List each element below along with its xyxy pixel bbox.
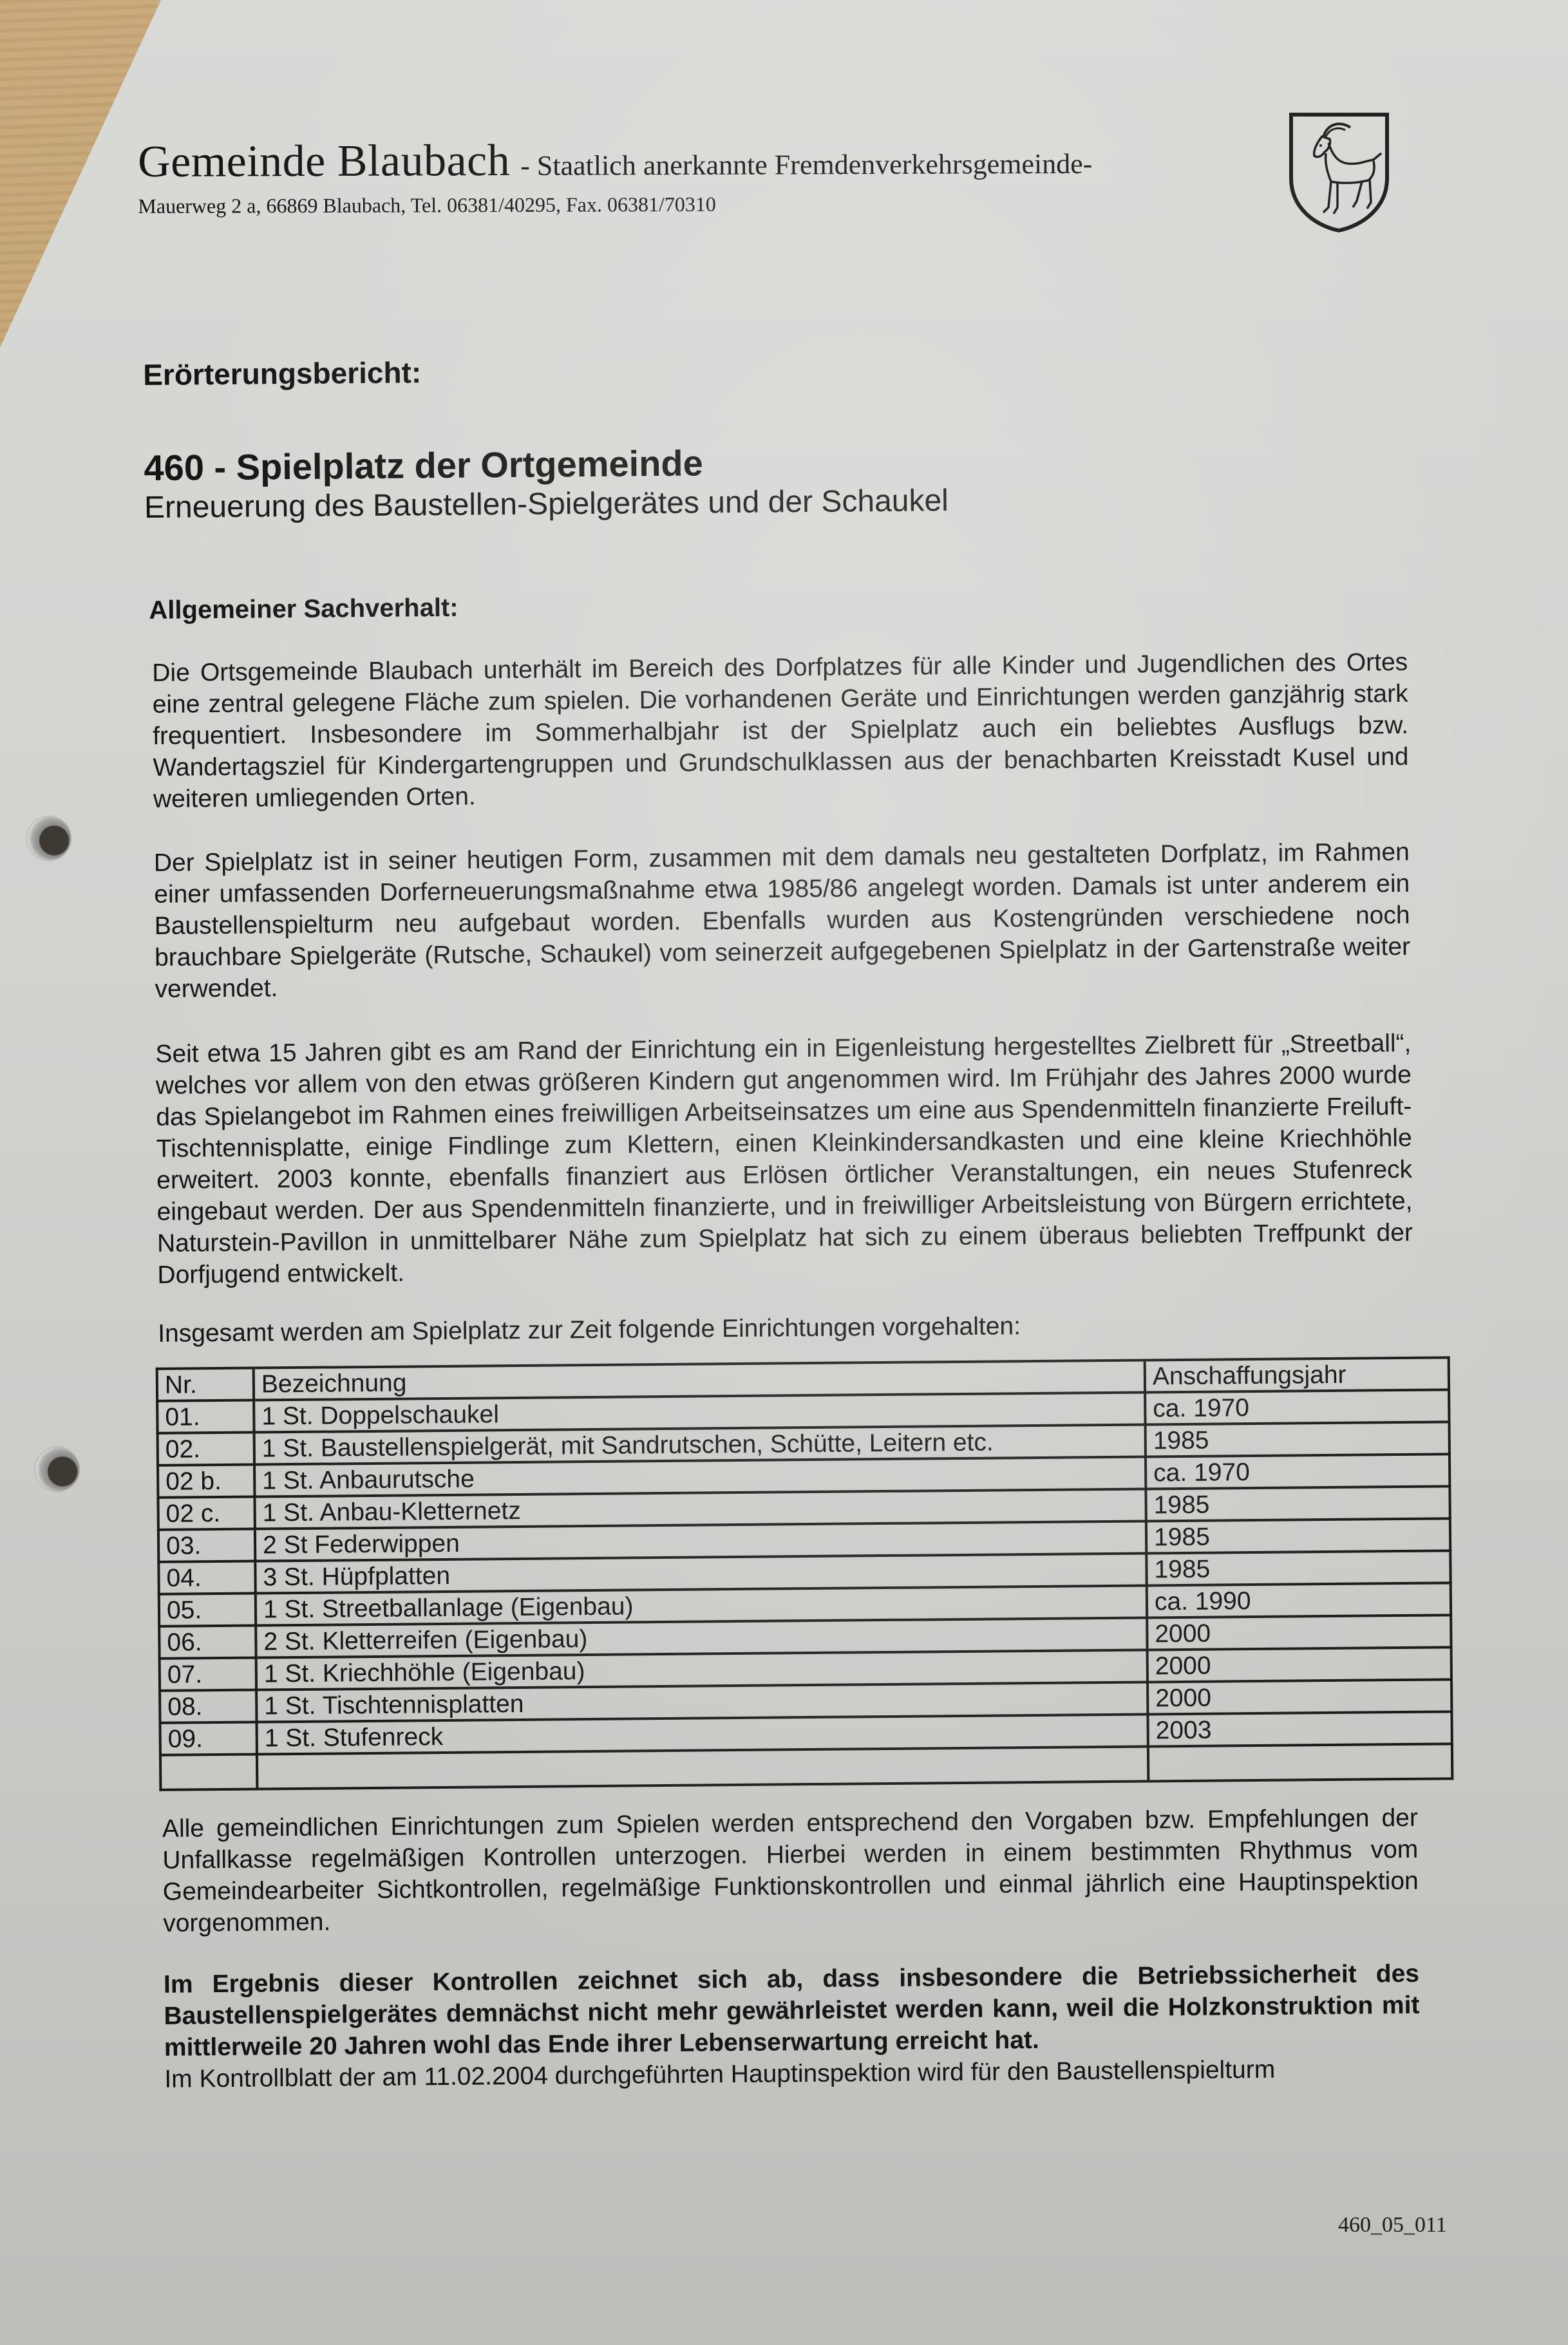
document-code: 460_05_011 — [1338, 2213, 1447, 2237]
equipment-table: Nr. Bezeichnung Anschaffungsjahr 01.1 St… — [156, 1356, 1454, 1791]
cell-anschaffungsjahr: 1985 — [1146, 1422, 1450, 1456]
report-type-label: Erörterungsbericht: — [143, 346, 1431, 392]
cell-anschaffungsjahr: ca. 1970 — [1145, 1389, 1449, 1424]
cell-nr: 02. — [158, 1433, 254, 1465]
paragraph-intro: Die Ortsgemeinde Blaubach unterhält im B… — [152, 646, 1409, 815]
cell-nr: 07. — [160, 1658, 256, 1691]
cell-nr: 02 b. — [158, 1465, 254, 1498]
cell-nr — [160, 1755, 257, 1790]
organization-tagline: - Staatlich anerkannte Fremdenverkehrsge… — [520, 148, 1092, 182]
organization-name: Gemeinde Blaubach — [138, 136, 510, 187]
cell-nr: 06. — [159, 1626, 256, 1659]
cell-nr: 05. — [159, 1594, 256, 1626]
cell-nr: 08. — [160, 1690, 256, 1723]
cell-nr: 02 c. — [158, 1497, 254, 1530]
cell-nr: 01. — [157, 1400, 254, 1433]
document-body: Erörterungsbericht: 460 - Spielplatz der… — [143, 346, 1446, 2095]
cell-anschaffungsjahr — [1148, 1744, 1452, 1781]
paragraph-table-intro: Insgesamt werden am Spielplatz zur Zeit … — [158, 1307, 1413, 1350]
cell-nr: 04. — [158, 1561, 255, 1594]
cell-anschaffungsjahr: 1985 — [1146, 1550, 1450, 1585]
cell-anschaffungsjahr: 1985 — [1146, 1518, 1450, 1553]
cell-nr: 09. — [160, 1722, 257, 1755]
cell-anschaffungsjahr: 2000 — [1148, 1679, 1451, 1714]
paragraph-additions: Seit etwa 15 Jahren gibt es am Rand der … — [155, 1028, 1413, 1291]
cell-nr: 03. — [158, 1529, 255, 1562]
cell-anschaffungsjahr: ca. 1990 — [1147, 1583, 1451, 1617]
paragraph-inspections: Alle gemeindlichen Einrichtungen zum Spi… — [162, 1802, 1419, 1939]
punch-hole — [27, 816, 71, 860]
column-header-anschaffungsjahr: Anschaffungsjahr — [1145, 1357, 1449, 1392]
section-heading: Allgemeiner Sachverhalt: — [149, 585, 1433, 625]
cell-anschaffungsjahr: 2003 — [1148, 1711, 1451, 1746]
document-page: Gemeinde Blaubach - Staatlich anerkannte… — [0, 0, 1568, 2345]
punch-hole — [35, 1447, 79, 1491]
cell-anschaffungsjahr: 2000 — [1147, 1615, 1451, 1650]
cell-anschaffungsjahr: ca. 1970 — [1146, 1454, 1450, 1489]
column-header-nr: Nr. — [157, 1368, 254, 1401]
cell-anschaffungsjahr: 2000 — [1148, 1647, 1451, 1682]
paragraph-history: Der Spielplatz ist in seiner heutigen Fo… — [154, 836, 1411, 1005]
goat-coat-of-arms-icon — [1286, 111, 1392, 233]
organization-address: Mauerweg 2 a, 66869 Blaubach, Tel. 06381… — [138, 191, 1092, 218]
letterhead: Gemeinde Blaubach - Staatlich anerkannte… — [138, 133, 1093, 218]
cell-bezeichnung — [257, 1746, 1148, 1789]
paragraph-findings: Im Ergebnis dieser Kontrollen zeichnet s… — [164, 1958, 1420, 2064]
cell-anschaffungsjahr: 1985 — [1146, 1486, 1450, 1521]
